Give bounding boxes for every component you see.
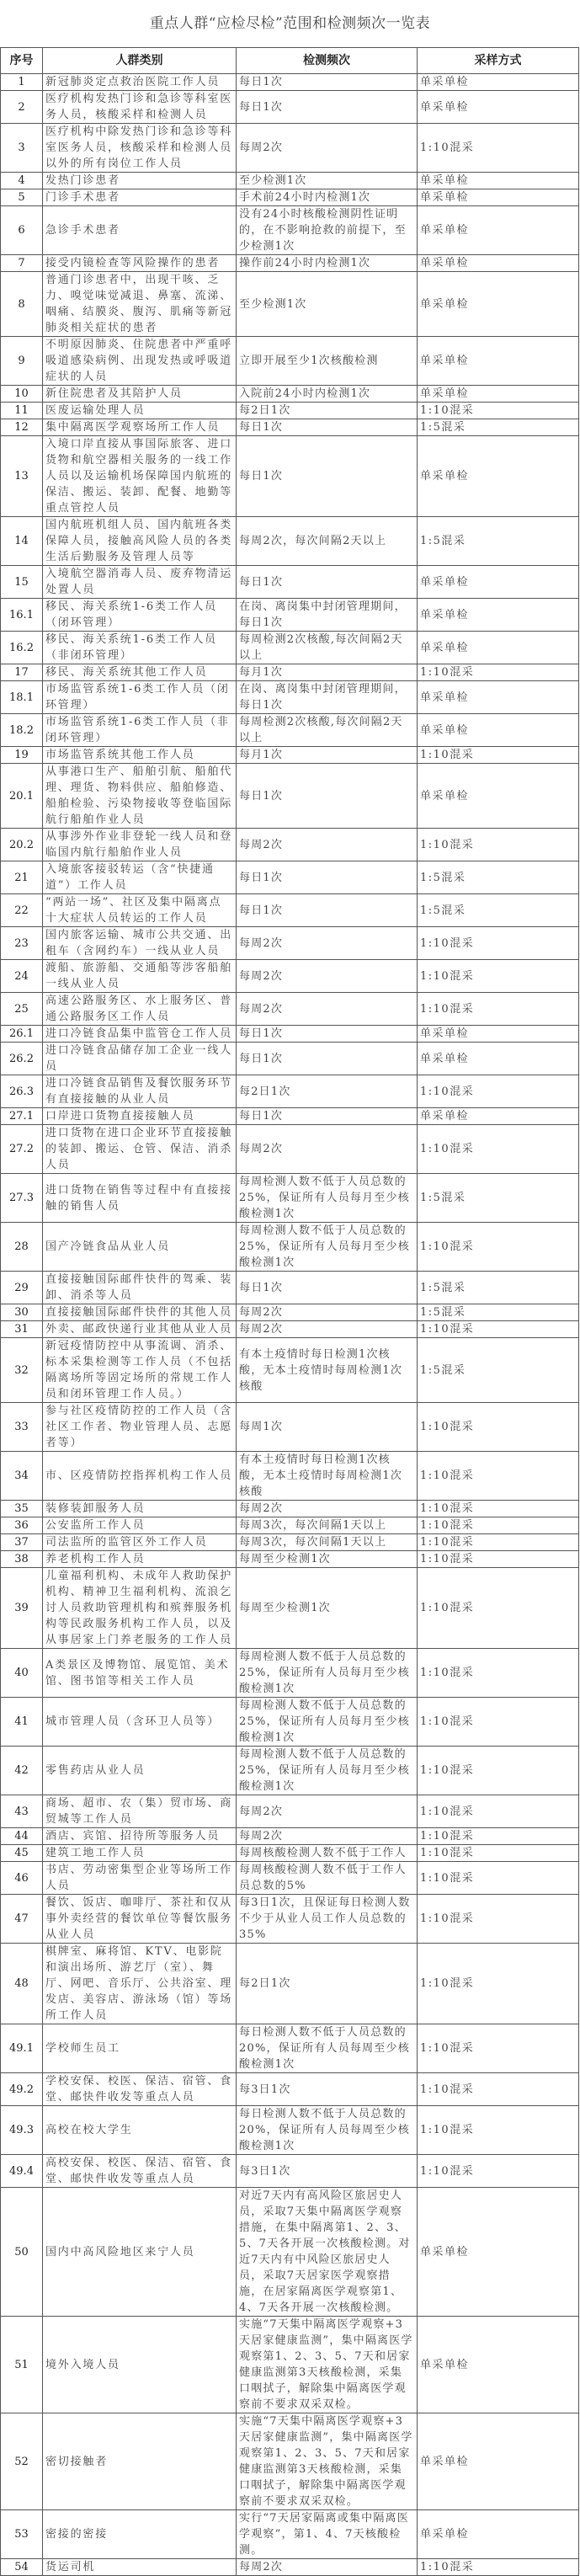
row-method: 1:10混采 [418,1747,579,1795]
row-frequency: 入院前24小时内检测1次 [237,386,418,403]
row-frequency: 在岗、离岗集中封闭管理期间，每日1次 [237,599,418,632]
row-seq: 23 [1,927,43,960]
row-frequency: 每周2次 [237,1125,418,1174]
row-frequency: 每月1次 [237,747,418,764]
row-method: 1:10混采 [418,1649,579,1698]
table-row: 34市、区疫情防控指挥机构工作人员有本土疫情时每日检测1次核酸，无本土疫情时每周… [1,1452,579,1501]
row-seq: 13 [1,436,43,517]
row-category: 进口冷链食品储存加工企业一线人员 [43,1043,237,1075]
row-category: 入境口岸直接从事国际旅客、进口货物和航空器相关服务的一线工作人员以及运输机场保障… [43,436,237,517]
row-seq: 44 [1,1828,43,1845]
row-method: 1:10混采 [418,1403,579,1452]
table-row: 47餐饮、饭店、咖啡厅、茶社和仅从事外卖经营的餐饮单位等餐饮服务从业人员每3日1… [1,1895,579,1944]
row-category: 市场监管系统1-6类工作人员（闭环管理） [43,681,237,714]
table-row: 31外卖、邮政快递行业其他从业人员每周2次1:10混采 [1,1321,579,1338]
row-seq: 50 [1,2188,43,2317]
row-method: 单采单检 [418,206,579,255]
row-frequency: 每周核酸检测人数不低于工作人 [237,1845,418,1862]
table-row: 25高速公路服务区、水上服务区、普通公路服务区工作人员每周2次1:10混采 [1,993,579,1026]
row-method: 1:10混采 [418,1862,579,1895]
row-frequency: 每周2次 [237,2559,418,2576]
table-row: 51境外入境人员实施“7天集中隔离医学观察+3天居家健康监测”，集中隔离医学观察… [1,2317,579,2413]
table-row: 7接受内镜检查等风险操作的患者操作前24小时内检测1次单采单检 [1,255,579,272]
row-category: 酒店、宾馆、招待所等服务人员 [43,1828,237,1845]
row-seq: 6 [1,206,43,255]
table-row: 1新冠肺炎定点救治医院工作人员每日1次单采单检 [1,74,579,91]
row-seq: 34 [1,1452,43,1501]
row-frequency: 至少检测1次 [237,173,418,189]
row-seq: 25 [1,993,43,1026]
row-frequency: 每周2次 [237,1304,418,1321]
row-category: 城市管理人员（含环卫人员等） [43,1698,237,1747]
row-method: 单采单检 [418,1026,579,1043]
table-row: 52密切接触者实施“7天集中隔离医学观察+3天居家健康监测”，集中隔离医学观察第… [1,2413,579,2510]
row-seq: 39 [1,1568,43,1649]
table-row: 26.2进口冷链食品储存加工企业一线人员每日1次单采单检 [1,1043,579,1075]
row-frequency: 每3日1次，且保证每日检测人数不少于从业人员工作人员总数的35% [237,1895,418,1944]
row-method: 单采单检 [418,681,579,714]
row-method: 单采单检 [418,255,579,272]
row-seq: 53 [1,2510,43,2559]
row-category: 市场监管系统1-6类工作人员（非闭环管理） [43,714,237,747]
row-seq: 2 [1,91,43,124]
row-seq: 4 [1,173,43,189]
row-method: 1:10混采 [418,1517,579,1534]
row-category: 医疗机构发热门诊和急诊等科室医务人员，核酸采样和检测人员 [43,91,237,124]
row-seq: 17 [1,664,43,681]
row-method: 1:10混采 [418,1452,579,1501]
row-category: 高校在校大学生 [43,2106,237,2155]
row-seq: 51 [1,2317,43,2413]
row-frequency: 每日1次 [237,91,418,124]
row-method: 1:10混采 [418,2155,579,2188]
row-seq: 8 [1,272,43,337]
table-row: 4发热门诊患者至少检测1次单采单检 [1,173,579,189]
row-method: 1:5混采 [418,894,579,927]
row-frequency: 每日1次 [237,436,418,517]
row-category: 参与社区疫情防控的工作人员（含社区工作者、物业管理人员、志愿者等） [43,1403,237,1452]
row-category: 新冠疫情防控中从事流调、消杀、标本采集检测等工作人员（不包括隔离场所等固定场所的… [43,1338,237,1403]
row-category: 国内航班机组人员、国内航班各类保障人员，接触高风险人员的各类生活后勤服务及管理人… [43,517,237,566]
row-method: 1:10混采 [418,2024,579,2073]
row-frequency: 每周至少检测1次 [237,1568,418,1649]
row-method: 单采单检 [418,566,579,599]
row-method: 1:10混采 [418,927,579,960]
row-method: 1:10混采 [418,2106,579,2155]
row-method: 1:10混采 [418,747,579,764]
row-category: 密接的密接 [43,2510,237,2559]
row-seq: 49.4 [1,2155,43,2188]
row-category: 进口冷链食品集中监管仓工作人员 [43,1026,237,1043]
table-header-row: 序号 人群类别 检测频次 采样方式 [1,48,579,74]
row-category: 医废运输处理人员 [43,403,237,419]
row-method: 1:5混采 [418,1338,579,1403]
row-method: 单采单检 [418,2317,579,2413]
row-seq: 49.2 [1,2073,43,2106]
row-method: 1:10混采 [418,1828,579,1845]
row-frequency: 每日1次 [237,566,418,599]
row-method: 1:10混采 [418,1501,579,1517]
row-frequency: 每3日1次 [237,2155,418,2188]
row-method: 1:5混采 [418,419,579,436]
row-seq: 52 [1,2413,43,2510]
row-frequency: 每周2次 [237,960,418,993]
row-frequency: 每日1次 [237,894,418,927]
row-seq: 5 [1,189,43,206]
row-seq: 30 [1,1304,43,1321]
row-method: 1:10混采 [418,1698,579,1747]
row-seq: 37 [1,1534,43,1551]
row-category: 从事港口生产、船舶引航、船舶代理、理货、物料供应、船舶修造、船舶检验、污染物接收… [43,764,237,829]
row-category: 零售药店从业人员 [43,1747,237,1795]
header-category: 人群类别 [43,48,237,74]
row-frequency: 每周2次 [237,927,418,960]
row-seq: 20.2 [1,829,43,861]
row-method: 1:10混采 [418,993,579,1026]
row-frequency: 实行“7天居家隔离或集中隔离医学观察”，第1、4、7天核酸检测。 [237,2510,418,2559]
row-method: 1:10混采 [418,1568,579,1649]
row-seq: 32 [1,1338,43,1403]
row-frequency: 实施“7天集中隔离医学观察+3天居家健康监测”，集中隔离医学观察第1、2、3、5… [237,2317,418,2413]
row-frequency: 每周2次 [237,124,418,173]
row-frequency: 每周2次 [237,1501,418,1517]
row-category: 外卖、邮政快递行业其他从业人员 [43,1321,237,1338]
row-seq: 11 [1,403,43,419]
table-row: 17移民、海关系统其他工作人员每月1次1:10混采 [1,664,579,681]
row-frequency: 每周至少检测1次 [237,1551,418,1568]
table-row: 27.2进口货物在进口企业环节直接接触的装卸、搬运、仓管、保洁、消杀人员每周2次… [1,1125,579,1174]
row-frequency: 至少检测1次 [237,272,418,337]
row-category: 渡船、旅游船、交通船等涉客船舶一线从业人员 [43,960,237,993]
row-seq: 54 [1,2559,43,2576]
table-row: 11医废运输处理人员每2日1次1:10混采 [1,403,579,419]
table-row: 21入境旅客接驳转运（含“快捷通道”）工作人员每日1次1:5混采 [1,861,579,894]
row-category: 门诊手术患者 [43,189,237,206]
row-seq: 33 [1,1403,43,1452]
row-seq: 1 [1,74,43,91]
row-frequency: 每日1次 [237,1026,418,1043]
row-seq: 16.1 [1,599,43,632]
row-seq: 38 [1,1551,43,1568]
table-row: 54货运司机每周2次1:10混采 [1,2559,579,2576]
row-method: 1:10混采 [418,2559,579,2576]
table-body: 1新冠肺炎定点救治医院工作人员每日1次单采单检2医疗机构发热门诊和急诊等科室医务… [1,74,579,2576]
row-seq: 40 [1,1649,43,1698]
row-method: 1:10混采 [418,1944,579,2024]
row-seq: 22 [1,894,43,927]
row-seq: 10 [1,386,43,403]
table-row: 49.2学校安保、校医、保洁、宿管、食堂、邮快件收发等重点人员每3日1次1:10… [1,2073,579,2106]
row-frequency: 每周检测人数不低于人员总数的25%，保证所有人员每月至少核酸检测1次 [237,1649,418,1698]
row-frequency: 每周3次，每次间隔1天以上 [237,1534,418,1551]
row-category: 学校师生员工 [43,2024,237,2073]
row-frequency: 每周2次 [237,829,418,861]
table-row: 39儿童福利机构、未成年人救助保护机构、精神卫生福利机构、流浪乞讨人员救助管理机… [1,1568,579,1649]
row-frequency: 每日1次 [237,1043,418,1075]
table-row: 29直接接触国际邮件快件的驾乘、装卸、消杀等人员每日1次1:5混采 [1,1272,579,1304]
row-category: 进口货物在进口企业环节直接接触的装卸、搬运、仓管、保洁、消杀人员 [43,1125,237,1174]
table-row: 9不明原因肺炎、住院患者中严重呼吸道感染病例、出现发热或呼吸道症状的人员立即开展… [1,337,579,386]
row-category: 装修装卸服务人员 [43,1501,237,1517]
row-method: 单采单检 [418,272,579,337]
row-method: 单采单检 [418,173,579,189]
row-frequency: 每周核酸检测人数不低于工作人员总数的5% [237,1862,418,1895]
table-row: 44酒店、宾馆、招待所等服务人员每周2次1:10混采 [1,1828,579,1845]
row-method: 单采单检 [418,1043,579,1075]
row-method: 单采单检 [418,632,579,664]
row-category: 公安监所工作人员 [43,1517,237,1534]
header-method: 采样方式 [418,48,579,74]
table-row: 6急诊手术患者没有24小时核酸检测阴性证明的，在不影响抢救的前提下，至少检测1次… [1,206,579,255]
row-category: 医疗机构中除发热门诊和急诊等科室医务人员，核酸采样和检测人员以外的所有岗位工作人… [43,124,237,173]
table-row: 26.3进口冷链食品销售及餐饮服务环节有直接接触的从业人员每2日1次1:10混采 [1,1075,579,1108]
row-frequency: 每周检测2次核酸,每次间隔2天以上 [237,714,418,747]
table-row: 15入境航空器消毒人员、废弃物清运处置人员每日1次单采单检 [1,566,579,599]
table-row: 20.2从事涉外作业非登轮一线人员和登临国内航行船舶作业人员每周2次1:10混采 [1,829,579,861]
table-row: 48棋牌室、麻将馆、KTV、电影院和演出场所、游艺厅（室）、舞厅、网吧、音乐厅、… [1,1944,579,2024]
row-frequency: 每周检测人数不低于人员总数的25%，保证所有人员每月至少核酸检测1次 [237,1747,418,1795]
row-seq: 3 [1,124,43,173]
row-seq: 46 [1,1862,43,1895]
row-method: 单采单检 [418,74,579,91]
row-method: 1:10混采 [418,960,579,993]
row-category: 口岸进口货物直接接触人员 [43,1108,237,1125]
row-category: 棋牌室、麻将馆、KTV、电影院和演出场所、游艺厅（室）、舞厅、网吧、音乐厅、公共… [43,1944,237,2024]
row-seq: 14 [1,517,43,566]
row-frequency: 每周1次 [237,1403,418,1452]
row-frequency: 每周2次 [237,993,418,1026]
row-method: 1:10混采 [418,1795,579,1828]
row-category: 儿童福利机构、未成年人救助保护机构、精神卫生福利机构、流浪乞讨人员救助管理机构和… [43,1568,237,1649]
row-seq: 24 [1,960,43,993]
table-row: 33参与社区疫情防控的工作人员（含社区工作者、物业管理人员、志愿者等）每周1次1… [1,1403,579,1452]
row-category: 新住院患者及其陪护人员 [43,386,237,403]
row-seq: 41 [1,1698,43,1747]
table-row: 12集中隔离医学观察场所工作人员每日1次1:5混采 [1,419,579,436]
row-category: 书店、劳动密集型企业等场所工作人员 [43,1862,237,1895]
row-method: 1:10混采 [418,2073,579,2106]
row-frequency: 每周2次，每次间隔2天以上 [237,517,418,566]
row-category: 商场、超市、农（集）贸市场、商贸城等工作人员 [43,1795,237,1828]
row-frequency: 每周2次 [237,1795,418,1828]
row-seq: 47 [1,1895,43,1944]
row-category: 移民、海关系统1-6类工作人员（闭环管理） [43,599,237,632]
row-frequency: 每日检测人数不低于人员总数的20%，保证所有人员每周至少核酸检测1次 [237,2106,418,2155]
row-category: 进口冷链食品销售及餐饮服务环节有直接接触的从业人员 [43,1075,237,1108]
row-category: 集中隔离医学观察场所工作人员 [43,419,237,436]
row-method: 单采单检 [418,599,579,632]
row-method: 单采单检 [418,2510,579,2559]
row-category: 不明原因肺炎、住院患者中严重呼吸道感染病例、出现发热或呼吸道症状的人员 [43,337,237,386]
row-frequency: 每3日1次 [237,2073,418,2106]
row-seq: 35 [1,1501,43,1517]
table-row: 28国产冷链食品从业人员每周检测人数不低于人员总数的25%，保证所有人员每月至少… [1,1223,579,1272]
table-row: 50国内中高风险地区来宁人员对近7天内有高风险区旅居史人员，采取7天集中隔离医学… [1,2188,579,2317]
table-row: 35装修装卸服务人员每周2次1:10混采 [1,1501,579,1517]
row-frequency: 手术前24小时内检测1次 [237,189,418,206]
row-category: 餐饮、饭店、咖啡厅、茶社和仅从事外卖经营的餐饮单位等餐饮服务从业人员 [43,1895,237,1944]
row-seq: 27.2 [1,1125,43,1174]
row-method: 单采单检 [418,189,579,206]
table-row: 16.1移民、海关系统1-6类工作人员（闭环管理）在岗、离岗集中封闭管理期间，每… [1,599,579,632]
row-seq: 42 [1,1747,43,1795]
table-row: 30直接接触国际邮件快件的其他人员每周2次1:5混采 [1,1304,579,1321]
header-frequency: 检测频次 [237,48,418,74]
row-seq: 49.3 [1,2106,43,2155]
row-method: 1:10混采 [418,1551,579,1568]
row-frequency: 每周检测2次核酸,每次间隔2天以上 [237,632,418,664]
row-method: 单采单检 [418,337,579,386]
row-category: 境外入境人员 [43,2317,237,2413]
table-row: 18.2市场监管系统1-6类工作人员（非闭环管理）每周检测2次核酸,每次间隔2天… [1,714,579,747]
table-row: 20.1从事港口生产、船舶引航、船舶代理、理货、物料供应、船舶修造、船舶检验、污… [1,764,579,829]
table-row: 53密接的密接实行“7天居家隔离或集中隔离医学观察”，第1、4、7天核酸检测。单… [1,2510,579,2559]
row-category: A类景区及博物馆、展览馆、美术馆、图书馆等相关工作人员 [43,1649,237,1698]
row-category: “两站一场”、社区及集中隔离点十大症状人员转运的工作人员 [43,894,237,927]
row-seq: 43 [1,1795,43,1828]
table-row: 37司法监所的监管区外工作人员每周3次，每次间隔1天以上1:10混采 [1,1534,579,1551]
row-seq: 26.2 [1,1043,43,1075]
row-method: 1:10混采 [418,664,579,681]
row-seq: 45 [1,1845,43,1862]
row-category: 国内中高风险地区来宁人员 [43,2188,237,2317]
table-row: 42零售药店从业人员每周检测人数不低于人员总数的25%，保证所有人员每月至少核酸… [1,1747,579,1795]
row-category: 国产冷链食品从业人员 [43,1223,237,1272]
row-seq: 15 [1,566,43,599]
row-method: 1:10混采 [418,1534,579,1551]
table-row: 22“两站一场”、社区及集中隔离点十大症状人员转运的工作人员每日1次1:5混采 [1,894,579,927]
row-method: 1:10混采 [418,1321,579,1338]
row-seq: 26.1 [1,1026,43,1043]
row-category: 移民、海关系统1-6类工作人员（非闭环管理） [43,632,237,664]
row-method: 1:10混采 [418,829,579,861]
table-row: 49.4高校安保、校医、保洁、宿管、食堂、邮快件收发等重点人员每3日1次1:10… [1,2155,579,2188]
row-frequency: 实施“7天集中隔离医学观察+3天居家健康监测”，集中隔离医学观察第1、2、3、5… [237,2413,418,2510]
row-category: 司法监所的监管区外工作人员 [43,1534,237,1551]
row-frequency: 立即开展至少1次核酸检测 [237,337,418,386]
row-method: 单采单检 [418,714,579,747]
row-frequency: 没有24小时核酸检测阴性证明的，在不影响抢救的前提下，至少检测1次 [237,206,418,255]
row-method: 1:5混采 [418,861,579,894]
row-method: 1:10混采 [418,1125,579,1174]
row-category: 移民、海关系统其他工作人员 [43,664,237,681]
row-frequency: 操作前24小时内检测1次 [237,255,418,272]
row-seq: 26.3 [1,1075,43,1108]
row-method: 1:10混采 [418,1845,579,1862]
header-seq: 序号 [1,48,43,74]
row-seq: 18.2 [1,714,43,747]
row-category: 货运司机 [43,2559,237,2576]
row-category: 入境旅客接驳转运（含“快捷通道”）工作人员 [43,861,237,894]
row-frequency: 有本土疫情时每日检测1次核酸，无本土疫情时每周检测1次核酸 [237,1338,418,1403]
row-seq: 29 [1,1272,43,1304]
row-frequency: 每周2次 [237,1321,418,1338]
row-category: 国内旅客运输、城市公共交通、出租车（含网约车）一线从业人员 [43,927,237,960]
row-seq: 28 [1,1223,43,1272]
table-row: 45建筑工地工作人员每周核酸检测人数不低于工作人1:10混采 [1,1845,579,1862]
row-frequency: 每周2次 [237,1828,418,1845]
row-method: 1:5混采 [418,1272,579,1304]
row-method: 单采单检 [418,436,579,517]
table-row: 38养老机构工作人员每周至少检测1次1:10混采 [1,1551,579,1568]
row-category: 从事涉外作业非登轮一线人员和登临国内航行船舶作业人员 [43,829,237,861]
row-seq: 48 [1,1944,43,2024]
table-row: 5门诊手术患者手术前24小时内检测1次单采单检 [1,189,579,206]
row-method: 单采单检 [418,764,579,829]
row-method: 1:5混采 [418,517,579,566]
row-method: 1:10混采 [418,124,579,173]
table-row: 43商场、超市、农（集）贸市场、商贸城等工作人员每周2次1:10混采 [1,1795,579,1828]
table-row: 10新住院患者及其陪护人员入院前24小时内检测1次单采单检 [1,386,579,403]
row-method: 1:5混采 [418,1174,579,1223]
row-category: 新冠肺炎定点救治医院工作人员 [43,74,237,91]
row-category: 市、区疫情防控指挥机构工作人员 [43,1452,237,1501]
table-row: 16.2移民、海关系统1-6类工作人员（非闭环管理）每周检测2次核酸,每次间隔2… [1,632,579,664]
table-row: 40A类景区及博物馆、展览馆、美术馆、图书馆等相关工作人员每周检测人数不低于人员… [1,1649,579,1698]
row-category: 密切接触者 [43,2413,237,2510]
row-category: 直接接触国际邮件快件的驾乘、装卸、消杀等人员 [43,1272,237,1304]
row-seq: 49.1 [1,2024,43,2073]
row-category: 接受内镜检查等风险操作的患者 [43,255,237,272]
table-row: 27.1口岸进口货物直接接触人员每日1次单采单检 [1,1108,579,1125]
row-frequency: 每2日1次 [237,1944,418,2024]
row-frequency: 在岗、离岗集中封闭管理期间，每日1次 [237,681,418,714]
table-row: 49.3高校在校大学生每日检测人数不低于人员总数的20%，保证所有人员每周至少核… [1,2106,579,2155]
row-category: 入境航空器消毒人员、废弃物清运处置人员 [43,566,237,599]
table-row: 41城市管理人员（含环卫人员等）每周检测人数不低于人员总数的25%，保证所有人员… [1,1698,579,1747]
row-frequency: 每日1次 [237,1272,418,1304]
row-frequency: 每2日1次 [237,403,418,419]
row-frequency: 每周检测人数不低于人员总数的25%，保证所有人员每月至少核酸检测1次 [237,1223,418,1272]
row-category: 进口货物在销售等过程中有直接接触的销售人员 [43,1174,237,1223]
table-row: 32新冠疫情防控中从事流调、消杀、标本采集检测等工作人员（不包括隔离场所等固定场… [1,1338,579,1403]
row-seq: 16.2 [1,632,43,664]
row-method: 1:10混采 [418,1223,579,1272]
row-seq: 20.1 [1,764,43,829]
row-frequency: 每周检测人数不低于人员总数的25%，保证所有人员每月至少核酸检测1次 [237,1174,418,1223]
row-seq: 9 [1,337,43,386]
table-row: 26.1进口冷链食品集中监管仓工作人员每日1次单采单检 [1,1026,579,1043]
row-method: 1:5混采 [418,1304,579,1321]
row-method: 单采单检 [418,91,579,124]
table-row: 49.1学校师生员工每日检测人数不低于人员总数的20%，保证所有人员每周至少核酸… [1,2024,579,2073]
row-seq: 36 [1,1517,43,1534]
row-seq: 27.3 [1,1174,43,1223]
inspection-table: 序号 人群类别 检测频次 采样方式 1新冠肺炎定点救治医院工作人员每日1次单采单… [0,47,579,2576]
row-category: 高校安保、校医、保洁、宿管、食堂、邮快件收发等重点人员 [43,2155,237,2188]
row-category: 普通门诊患者中，出现干咳、乏力、嗅觉味觉减退、鼻塞、流涕、咽痛、结膜炎、腹泻、肌… [43,272,237,337]
row-category: 学校安保、校医、保洁、宿管、食堂、邮快件收发等重点人员 [43,2073,237,2106]
row-category: 直接接触国际邮件快件的其他人员 [43,1304,237,1321]
row-method: 单采单检 [418,2413,579,2510]
table-row: 13入境口岸直接从事国际旅客、进口货物和航空器相关服务的一线工作人员以及运输机场… [1,436,579,517]
row-frequency: 每日1次 [237,861,418,894]
row-category: 市场监管系统其他工作人员 [43,747,237,764]
row-seq: 31 [1,1321,43,1338]
page-title: 重点人群“应检尽检”范围和检测频次一览表 [0,0,580,47]
row-frequency: 每日1次 [237,764,418,829]
row-frequency: 每周3次，每次间隔1天以上 [237,1517,418,1534]
row-category: 高速公路服务区、水上服务区、普通公路服务区工作人员 [43,993,237,1026]
table-row: 23国内旅客运输、城市公共交通、出租车（含网约车）一线从业人员每周2次1:10混… [1,927,579,960]
row-frequency: 每日1次 [237,74,418,91]
row-method: 单采单检 [418,2188,579,2317]
table-row: 8普通门诊患者中，出现干咳、乏力、嗅觉味觉减退、鼻塞、流涕、咽痛、结膜炎、腹泻、… [1,272,579,337]
row-frequency: 每日1次 [237,419,418,436]
row-category: 养老机构工作人员 [43,1551,237,1568]
row-seq: 18.1 [1,681,43,714]
table-row: 14国内航班机组人员、国内航班各类保障人员，接触高风险人员的各类生活后勤服务及管… [1,517,579,566]
